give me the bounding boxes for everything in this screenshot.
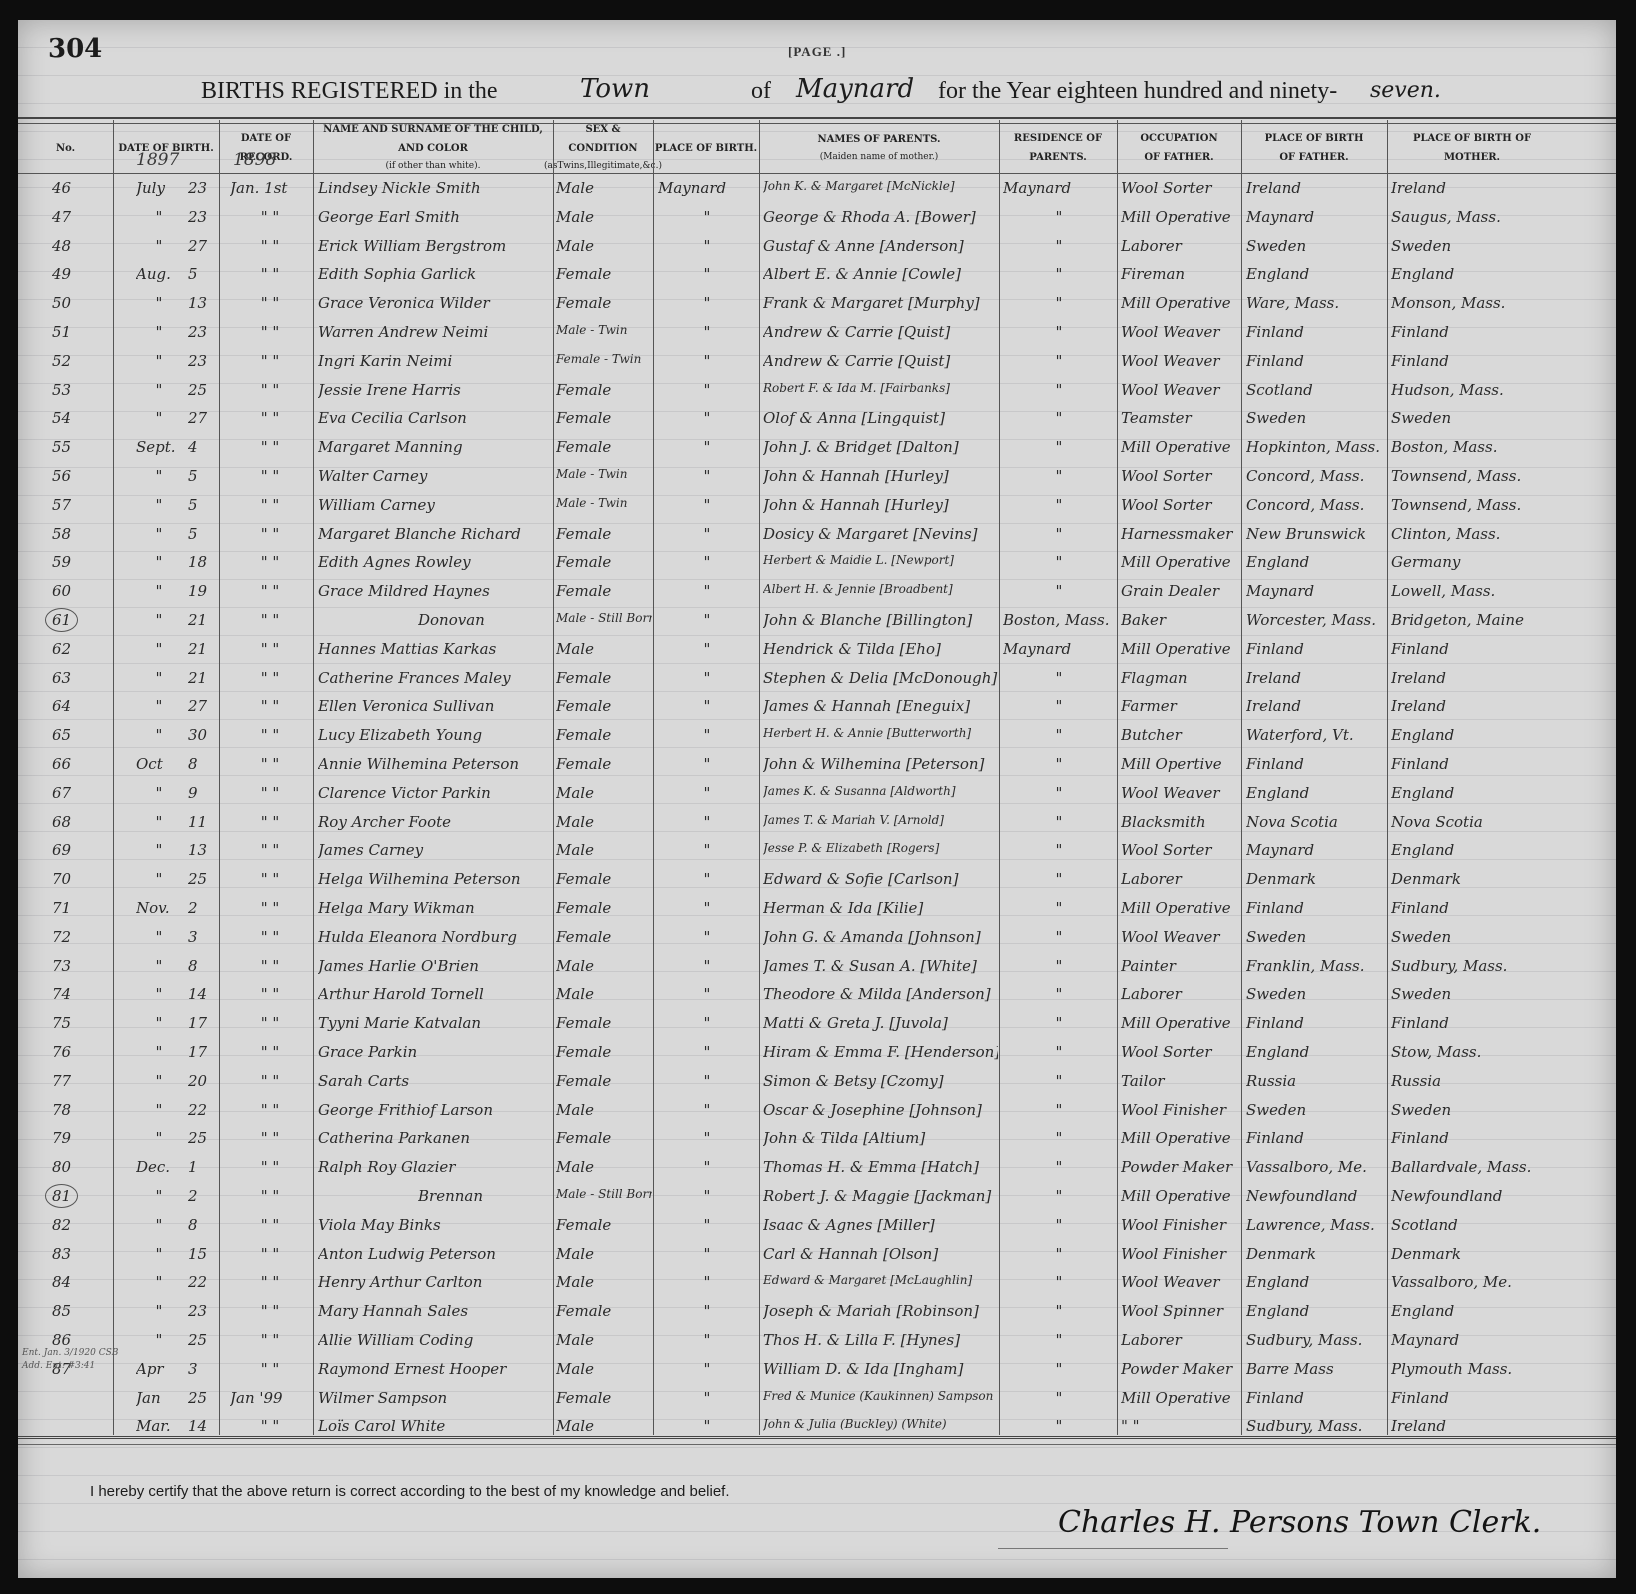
place-of-birth: " bbox=[658, 265, 756, 283]
birth-day: 25 bbox=[188, 381, 218, 399]
table-row: 69"13" "James CarneyMale"Jesse P. & Eliz… bbox=[18, 839, 1616, 867]
child-name: Grace Veronica Wilder bbox=[318, 294, 550, 312]
parents-residence: " bbox=[1003, 870, 1115, 888]
record-date: " " bbox=[230, 1187, 310, 1205]
mother-birthplace: Sweden bbox=[1391, 928, 1556, 946]
record-date: " " bbox=[230, 1043, 310, 1061]
birth-day: 13 bbox=[188, 841, 218, 859]
sex-condition: Male - Twin bbox=[556, 323, 652, 337]
parents-names: John & Hannah [Hurley] bbox=[763, 467, 998, 485]
table-row: 68"11" "Roy Archer FooteMale"James T. & … bbox=[18, 811, 1616, 839]
birth-month: " bbox=[136, 870, 182, 888]
place-of-birth: " bbox=[658, 726, 756, 744]
record-number: 67 bbox=[52, 784, 107, 802]
mother-birthplace: Sudbury, Mass. bbox=[1391, 957, 1556, 975]
record-date: " " bbox=[230, 985, 310, 1003]
table-row: 71Nov.2" "Helga Mary WikmanFemale"Herman… bbox=[18, 897, 1616, 925]
father-birthplace: Denmark bbox=[1246, 1245, 1386, 1263]
sex-condition: Male - Still Born bbox=[556, 611, 652, 625]
record-number: 69 bbox=[52, 841, 107, 859]
header-child-name: NAME AND SURNAME OF THE CHILD, AND COLOR… bbox=[313, 122, 553, 174]
birth-month: " bbox=[136, 1014, 182, 1032]
sex-condition: Male bbox=[556, 957, 652, 975]
sex-condition: Female bbox=[556, 1014, 652, 1032]
parents-residence: Boston, Mass. bbox=[1003, 611, 1115, 629]
parents-residence: Maynard bbox=[1003, 179, 1115, 197]
birth-day: 30 bbox=[188, 726, 218, 744]
child-name: Warren Andrew Neimi bbox=[318, 323, 550, 341]
table-row: 47"23" "George Earl SmithMale"George & R… bbox=[18, 206, 1616, 234]
father-birthplace: Sweden bbox=[1246, 1101, 1386, 1119]
father-birthplace: Ireland bbox=[1246, 697, 1386, 715]
record-date: " " bbox=[230, 899, 310, 917]
child-name: Helga Mary Wikman bbox=[318, 899, 550, 917]
father-occupation: Wool Finisher bbox=[1121, 1245, 1239, 1263]
father-birthplace: Hopkinton, Mass. bbox=[1246, 438, 1386, 456]
table-row: 56"5" "Walter CarneyMale - Twin"John & H… bbox=[18, 465, 1616, 493]
place-of-birth: " bbox=[658, 1043, 756, 1061]
place-of-birth: " bbox=[658, 553, 756, 571]
record-number: 83 bbox=[52, 1245, 107, 1263]
birth-day: 23 bbox=[188, 179, 218, 197]
place-of-birth: " bbox=[658, 1331, 756, 1349]
father-occupation: Farmer bbox=[1121, 697, 1239, 715]
sex-condition: Male bbox=[556, 208, 652, 226]
child-name: Mary Hannah Sales bbox=[318, 1302, 550, 1320]
header-place-of-birth: PLACE OF BIRTH. bbox=[653, 122, 759, 174]
father-birthplace: Finland bbox=[1246, 352, 1386, 370]
record-number: 47 bbox=[52, 208, 107, 226]
birth-day: 5 bbox=[188, 467, 218, 485]
table-row: 46July23Jan. 1stLindsey Nickle SmithMale… bbox=[18, 177, 1616, 205]
father-birthplace: England bbox=[1246, 1273, 1386, 1291]
page-bracket: [PAGE .] bbox=[788, 44, 846, 60]
record-number: 73 bbox=[52, 957, 107, 975]
mother-birthplace: England bbox=[1391, 841, 1556, 859]
record-date: " " bbox=[230, 640, 310, 658]
father-birthplace: Lawrence, Mass. bbox=[1246, 1216, 1386, 1234]
birth-day: 21 bbox=[188, 669, 218, 687]
record-number: 74 bbox=[52, 985, 107, 1003]
mother-birthplace: Monson, Mass. bbox=[1391, 294, 1556, 312]
mother-birthplace: Newfoundland bbox=[1391, 1187, 1556, 1205]
mother-birthplace: Denmark bbox=[1391, 1245, 1556, 1263]
record-date: " " bbox=[230, 1072, 310, 1090]
parents-residence: " bbox=[1003, 381, 1115, 399]
birth-day: 18 bbox=[188, 553, 218, 571]
parents-names: Albert E. & Annie [Cowle] bbox=[763, 265, 998, 283]
sex-condition: Male bbox=[556, 985, 652, 1003]
record-date: " " bbox=[230, 755, 310, 773]
title-of: of bbox=[751, 78, 771, 105]
father-birthplace: Finland bbox=[1246, 1014, 1386, 1032]
father-birthplace: Waterford, Vt. bbox=[1246, 726, 1386, 744]
table-row: 65"30" "Lucy Elizabeth YoungFemale"Herbe… bbox=[18, 724, 1616, 752]
table-row: 52"23" "Ingri Karin NeimiFemale - Twin"A… bbox=[18, 350, 1616, 378]
birth-month: " bbox=[136, 928, 182, 946]
header-parents: NAMES OF PARENTS.(Maiden name of mother.… bbox=[759, 122, 999, 174]
parents-residence: " bbox=[1003, 1072, 1115, 1090]
parents-names: Jesse P. & Elizabeth [Rogers] bbox=[763, 841, 998, 855]
record-date: " " bbox=[230, 1273, 310, 1291]
father-birthplace: Ware, Mass. bbox=[1246, 294, 1386, 312]
parents-names: Joseph & Mariah [Robinson] bbox=[763, 1302, 998, 1320]
parents-names: Olof & Anna [Lingquist] bbox=[763, 409, 998, 427]
header-father-birthplace: PLACE OF BIRTH OF FATHER. bbox=[1241, 122, 1387, 174]
parents-residence: " bbox=[1003, 237, 1115, 255]
sex-condition: Male - Twin bbox=[556, 467, 652, 481]
parents-residence: " bbox=[1003, 928, 1115, 946]
birth-day: 3 bbox=[188, 1360, 218, 1378]
sex-condition: Male bbox=[556, 1417, 652, 1435]
mother-birthplace: Finland bbox=[1391, 640, 1556, 658]
birth-month: " bbox=[136, 985, 182, 1003]
father-birthplace: Concord, Mass. bbox=[1246, 496, 1386, 514]
father-occupation: Mill Operative bbox=[1121, 1389, 1239, 1407]
birth-day: 27 bbox=[188, 697, 218, 715]
header-occupation: OCCUPATION OF FATHER. bbox=[1117, 122, 1241, 174]
place-of-birth: Maynard bbox=[658, 179, 756, 197]
parents-names: Hiram & Emma F. [Henderson] bbox=[763, 1043, 998, 1061]
parents-residence: " bbox=[1003, 438, 1115, 456]
parents-names: Albert H. & Jennie [Broadbent] bbox=[763, 582, 998, 596]
birth-month: " bbox=[136, 1245, 182, 1263]
record-number: 64 bbox=[52, 697, 107, 715]
sex-condition: Female bbox=[556, 669, 652, 687]
mother-birthplace: Finland bbox=[1391, 323, 1556, 341]
birth-month: " bbox=[136, 582, 182, 600]
parents-names: Carl & Hannah [Olson] bbox=[763, 1245, 998, 1263]
table-row: 77"20" "Sarah CartsFemale"Simon & Betsy … bbox=[18, 1070, 1616, 1098]
record-date: " " bbox=[230, 1331, 310, 1349]
record-number: 84 bbox=[52, 1273, 107, 1291]
father-birthplace: Scotland bbox=[1246, 381, 1386, 399]
record-year-label: 1898 bbox=[233, 150, 276, 170]
table-row: 59"18" "Edith Agnes RowleyFemale"Herbert… bbox=[18, 551, 1616, 579]
father-occupation: Mill Operative bbox=[1121, 1129, 1239, 1147]
birth-month: Apr bbox=[136, 1360, 182, 1378]
mother-birthplace: Finland bbox=[1391, 755, 1556, 773]
parents-names: Herman & Ida [Kilie] bbox=[763, 899, 998, 917]
birth-month: " bbox=[136, 697, 182, 715]
table-row: 60"19" "Grace Mildred HaynesFemale"Alber… bbox=[18, 580, 1616, 608]
father-occupation: Wool Weaver bbox=[1121, 1273, 1239, 1291]
sex-condition: Female - Twin bbox=[556, 352, 652, 366]
record-number: 78 bbox=[52, 1101, 107, 1119]
birth-day: 13 bbox=[188, 294, 218, 312]
parents-names: Edward & Sofie [Carlson] bbox=[763, 870, 998, 888]
record-number: 81 bbox=[52, 1187, 107, 1205]
parents-names: Fred & Munice (Kaukinnen) Sampson bbox=[763, 1389, 998, 1403]
place-of-birth: " bbox=[658, 611, 756, 629]
sex-condition: Male - Twin bbox=[556, 496, 652, 510]
child-name: Jessie Irene Harris bbox=[318, 381, 550, 399]
place-of-birth: " bbox=[658, 525, 756, 543]
place-of-birth: " bbox=[658, 755, 756, 773]
father-occupation: Wool Sorter bbox=[1121, 841, 1239, 859]
record-number: 61 bbox=[52, 611, 107, 629]
birth-day: 25 bbox=[188, 1129, 218, 1147]
mother-birthplace: England bbox=[1391, 726, 1556, 744]
father-occupation: Tailor bbox=[1121, 1072, 1239, 1090]
record-number: 65 bbox=[52, 726, 107, 744]
table-row: 79"25" "Catherina ParkanenFemale"John & … bbox=[18, 1127, 1616, 1155]
father-occupation: Fireman bbox=[1121, 265, 1239, 283]
mother-birthplace: Clinton, Mass. bbox=[1391, 525, 1556, 543]
sex-condition: Female bbox=[556, 525, 652, 543]
birth-month: " bbox=[136, 1187, 182, 1205]
birth-day: 14 bbox=[188, 1417, 218, 1435]
father-birthplace: Finland bbox=[1246, 755, 1386, 773]
child-name: Henry Arthur Carlton bbox=[318, 1273, 550, 1291]
table-row: 83"15" "Anton Ludwig PetersonMale"Carl &… bbox=[18, 1243, 1616, 1271]
page-title: BIRTHS REGISTERED in the Town of Maynard… bbox=[18, 78, 1616, 118]
record-number: 80 bbox=[52, 1158, 107, 1176]
birth-day: 17 bbox=[188, 1014, 218, 1032]
sex-condition: Female bbox=[556, 582, 652, 600]
father-birthplace: Russia bbox=[1246, 1072, 1386, 1090]
title-prefix: BIRTHS REGISTERED in the bbox=[201, 78, 498, 105]
place-of-birth: " bbox=[658, 1187, 756, 1205]
birth-day: 8 bbox=[188, 1216, 218, 1234]
parents-residence: " bbox=[1003, 957, 1115, 975]
sex-condition: Female bbox=[556, 438, 652, 456]
sex-condition: Female bbox=[556, 755, 652, 773]
table-row: 51"23" "Warren Andrew NeimiMale - Twin"A… bbox=[18, 321, 1616, 349]
table-row: 76"17" "Grace ParkinFemale"Hiram & Emma … bbox=[18, 1041, 1616, 1069]
child-name: Wilmer Sampson bbox=[318, 1389, 550, 1407]
sex-condition: Female bbox=[556, 928, 652, 946]
sex-condition: Female bbox=[556, 1072, 652, 1090]
parents-residence: " bbox=[1003, 1158, 1115, 1176]
parents-names: Robert F. & Ida M. [Fairbanks] bbox=[763, 381, 998, 395]
sex-condition: Female bbox=[556, 553, 652, 571]
birth-month: " bbox=[136, 669, 182, 687]
birth-day: 27 bbox=[188, 409, 218, 427]
child-name: Viola May Binks bbox=[318, 1216, 550, 1234]
parents-residence: " bbox=[1003, 841, 1115, 859]
mother-birthplace: Germany bbox=[1391, 553, 1556, 571]
child-name: Helga Wilhemina Peterson bbox=[318, 870, 550, 888]
parents-residence: " bbox=[1003, 352, 1115, 370]
parents-residence: " bbox=[1003, 553, 1115, 571]
father-occupation: Painter bbox=[1121, 957, 1239, 975]
table-row: 62"21" "Hannes Mattias KarkasMale"Hendri… bbox=[18, 638, 1616, 666]
table-row: 86"25" "Allie William CodingMale"Thos H.… bbox=[18, 1329, 1616, 1357]
parents-names: Herbert H. & Annie [Butterworth] bbox=[763, 726, 998, 740]
mother-birthplace: Townsend, Mass. bbox=[1391, 467, 1556, 485]
father-occupation: " " bbox=[1121, 1417, 1239, 1435]
birth-month: " bbox=[136, 1129, 182, 1147]
sex-condition: Male bbox=[556, 813, 652, 831]
record-number: 54 bbox=[52, 409, 107, 427]
record-date: " " bbox=[230, 553, 310, 571]
birth-month: " bbox=[136, 1043, 182, 1061]
birth-month: Oct bbox=[136, 755, 182, 773]
father-occupation: Mill Operative bbox=[1121, 294, 1239, 312]
father-birthplace: England bbox=[1246, 784, 1386, 802]
record-date: " " bbox=[230, 726, 310, 744]
record-number: 62 bbox=[52, 640, 107, 658]
record-number: 76 bbox=[52, 1043, 107, 1061]
clerk-signature: Charles H. Persons Town Clerk. bbox=[1058, 1505, 1541, 1540]
record-date: " " bbox=[230, 1101, 310, 1119]
record-date: " " bbox=[230, 496, 310, 514]
birth-day: 15 bbox=[188, 1245, 218, 1263]
father-birthplace: Maynard bbox=[1246, 208, 1386, 226]
record-number: 53 bbox=[52, 381, 107, 399]
record-number: 70 bbox=[52, 870, 107, 888]
father-birthplace: Worcester, Mass. bbox=[1246, 611, 1386, 629]
place-of-birth: " bbox=[658, 208, 756, 226]
record-date: " " bbox=[230, 1417, 310, 1435]
place-of-birth: " bbox=[658, 928, 756, 946]
sex-condition: Female bbox=[556, 1302, 652, 1320]
child-name: Clarence Victor Parkin bbox=[318, 784, 550, 802]
record-number: 56 bbox=[52, 467, 107, 485]
birth-day: 1 bbox=[188, 1158, 218, 1176]
place-of-birth: " bbox=[658, 467, 756, 485]
birth-month: " bbox=[136, 957, 182, 975]
parents-names: James T. & Susan A. [White] bbox=[763, 957, 998, 975]
record-date: " " bbox=[230, 841, 310, 859]
parents-names: Andrew & Carrie [Quist] bbox=[763, 323, 998, 341]
child-name: Roy Archer Foote bbox=[318, 813, 550, 831]
parents-residence: " bbox=[1003, 496, 1115, 514]
circled-number: 61 bbox=[45, 608, 78, 632]
parents-names: Isaac & Agnes [Miller] bbox=[763, 1216, 998, 1234]
father-occupation: Mill Opertive bbox=[1121, 755, 1239, 773]
sex-condition: Female bbox=[556, 294, 652, 312]
birth-month: " bbox=[136, 1216, 182, 1234]
place-of-birth: " bbox=[658, 1360, 756, 1378]
birth-day: 22 bbox=[188, 1273, 218, 1291]
birth-month: Dec. bbox=[136, 1158, 182, 1176]
sex-condition: Female bbox=[556, 1129, 652, 1147]
parents-names: James & Hannah [Eneguix] bbox=[763, 697, 998, 715]
child-name: William Carney bbox=[318, 496, 550, 514]
record-date: " " bbox=[230, 870, 310, 888]
father-birthplace: Franklin, Mass. bbox=[1246, 957, 1386, 975]
parents-names: Dosicy & Margaret [Nevins] bbox=[763, 525, 998, 543]
table-row: 85"23" "Mary Hannah SalesFemale"Joseph &… bbox=[18, 1300, 1616, 1328]
sex-condition: Male bbox=[556, 640, 652, 658]
place-of-birth: " bbox=[658, 784, 756, 802]
father-birthplace: Finland bbox=[1246, 1389, 1386, 1407]
child-name: James Harlie O'Brien bbox=[318, 957, 550, 975]
record-date: " " bbox=[230, 352, 310, 370]
father-occupation: Laborer bbox=[1121, 870, 1239, 888]
father-occupation: Wool Sorter bbox=[1121, 467, 1239, 485]
sex-condition: Female bbox=[556, 1043, 652, 1061]
father-birthplace: England bbox=[1246, 1043, 1386, 1061]
record-date: " " bbox=[230, 438, 310, 456]
mother-birthplace: Sweden bbox=[1391, 985, 1556, 1003]
place-of-birth: " bbox=[658, 1216, 756, 1234]
record-number: 60 bbox=[52, 582, 107, 600]
sex-condition: Female bbox=[556, 409, 652, 427]
place-of-birth: " bbox=[658, 697, 756, 715]
father-birthplace: New Brunswick bbox=[1246, 525, 1386, 543]
register-page: 304 [PAGE .] BIRTHS REGISTERED in the To… bbox=[18, 20, 1616, 1578]
title-year-text: for the Year eighteen hundred and ninety… bbox=[938, 78, 1337, 105]
parents-names: Andrew & Carrie [Quist] bbox=[763, 352, 998, 370]
father-occupation: Wool Weaver bbox=[1121, 784, 1239, 802]
child-name: Raymond Ernest Hooper bbox=[318, 1360, 550, 1378]
mother-birthplace: Plymouth Mass. bbox=[1391, 1360, 1556, 1378]
place-of-birth: " bbox=[658, 1245, 756, 1263]
father-birthplace: Ireland bbox=[1246, 179, 1386, 197]
table-row: 82"8" "Viola May BinksFemale"Isaac & Agn… bbox=[18, 1214, 1616, 1242]
birth-month: " bbox=[136, 726, 182, 744]
father-occupation: Wool Sorter bbox=[1121, 179, 1239, 197]
table-row: 48"27" "Erick William BergstromMale"Gust… bbox=[18, 235, 1616, 263]
table-row: 53"25" "Jessie Irene HarrisFemale"Robert… bbox=[18, 379, 1616, 407]
father-occupation: Harnessmaker bbox=[1121, 525, 1239, 543]
record-date: " " bbox=[230, 237, 310, 255]
birth-month: " bbox=[136, 208, 182, 226]
parents-residence: " bbox=[1003, 1014, 1115, 1032]
birth-month: " bbox=[136, 496, 182, 514]
mother-birthplace: England bbox=[1391, 784, 1556, 802]
record-date: " " bbox=[230, 294, 310, 312]
birth-month: " bbox=[136, 352, 182, 370]
father-occupation: Mill Operative bbox=[1121, 1187, 1239, 1205]
record-number: 82 bbox=[52, 1216, 107, 1234]
child-name: Grace Mildred Haynes bbox=[318, 582, 550, 600]
sex-condition: Male bbox=[556, 1101, 652, 1119]
table-row: 54"27" "Eva Cecilia CarlsonFemale"Olof &… bbox=[18, 407, 1616, 435]
record-number: 68 bbox=[52, 813, 107, 831]
birth-month: " bbox=[136, 1302, 182, 1320]
father-birthplace: Sudbury, Mass. bbox=[1246, 1331, 1386, 1349]
parents-names: John J. & Bridget [Dalton] bbox=[763, 438, 998, 456]
parents-residence: " bbox=[1003, 1360, 1115, 1378]
father-occupation: Mill Operative bbox=[1121, 208, 1239, 226]
parents-residence: Maynard bbox=[1003, 640, 1115, 658]
father-occupation: Laborer bbox=[1121, 1331, 1239, 1349]
parents-names: John G. & Amanda [Johnson] bbox=[763, 928, 998, 946]
child-name: Sarah Carts bbox=[318, 1072, 550, 1090]
parents-names: Stephen & Delia [McDonough] bbox=[763, 669, 998, 687]
table-row: 66Oct8" "Annie Wilhemina PetersonFemale"… bbox=[18, 753, 1616, 781]
place-of-birth: " bbox=[658, 352, 756, 370]
birth-day: 23 bbox=[188, 352, 218, 370]
parents-residence: " bbox=[1003, 1331, 1115, 1349]
parents-residence: " bbox=[1003, 323, 1115, 341]
father-occupation: Mill Operative bbox=[1121, 553, 1239, 571]
child-name: George Earl Smith bbox=[318, 208, 550, 226]
father-occupation: Wool Sorter bbox=[1121, 1043, 1239, 1061]
page-number: 304 bbox=[48, 34, 102, 64]
child-name: Margaret Blanche Richard bbox=[318, 525, 550, 543]
municipality-type: Town bbox=[580, 74, 650, 104]
record-date: Jan. 1st bbox=[230, 179, 310, 197]
parents-residence: " bbox=[1003, 1129, 1115, 1147]
record-date: " " bbox=[230, 525, 310, 543]
birth-day: 27 bbox=[188, 237, 218, 255]
birth-day: 25 bbox=[188, 870, 218, 888]
record-number: 57 bbox=[52, 496, 107, 514]
sex-condition: Male bbox=[556, 179, 652, 197]
child-name: Edith Agnes Rowley bbox=[318, 553, 550, 571]
place-of-birth: " bbox=[658, 1014, 756, 1032]
record-date: " " bbox=[230, 697, 310, 715]
table-row: 55Sept.4" "Margaret ManningFemale"John J… bbox=[18, 436, 1616, 464]
table-row: Jan25Jan '99Wilmer SampsonFemale"Fred & … bbox=[18, 1387, 1616, 1415]
father-birthplace: Nova Scotia bbox=[1246, 813, 1386, 831]
record-date: " " bbox=[230, 1360, 310, 1378]
